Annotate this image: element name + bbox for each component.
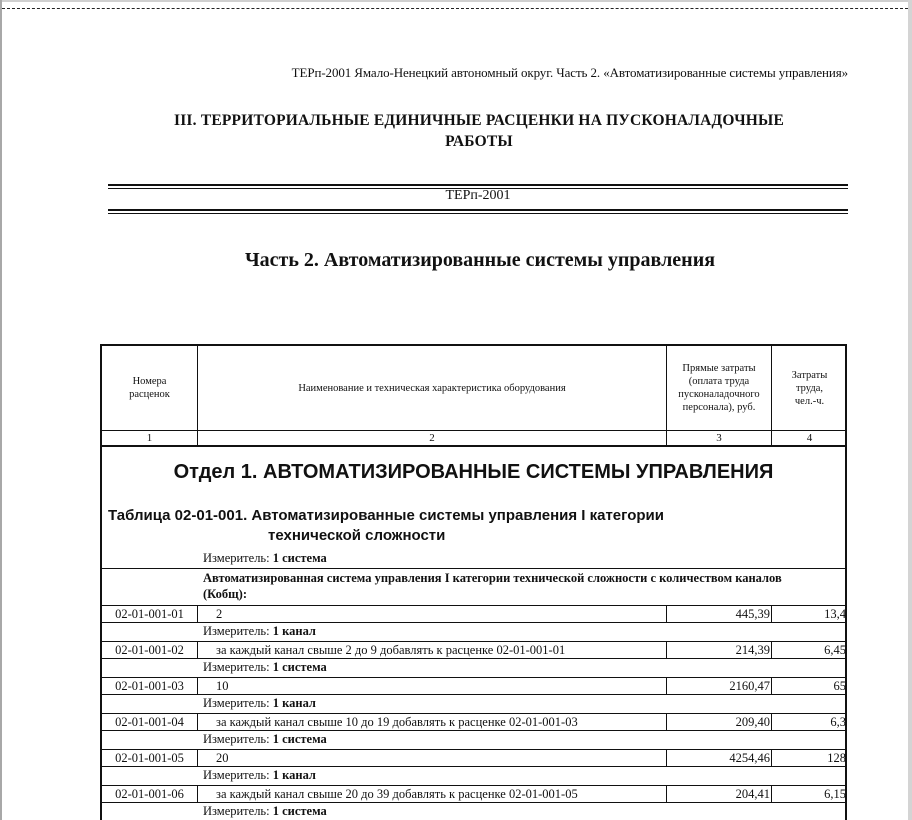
direct-cost: 4254,46 — [666, 750, 771, 766]
measure-unit: 1 канал — [273, 768, 316, 782]
measure-row: Измеритель: 1 канал — [100, 623, 847, 641]
header-rate-number: Номера расценок — [102, 346, 197, 430]
table-title-row: Таблица 02-01-001. Автоматизированные си… — [100, 507, 847, 550]
labor-cost: 128 — [771, 750, 847, 766]
measure-unit: 1 система — [273, 804, 327, 818]
measure-text: Измеритель: 1 система — [203, 660, 327, 675]
measure-row: Измеритель: 1 система — [100, 803, 847, 820]
rate-code: 02-01-001-05 — [102, 750, 197, 766]
table-title-line1: Таблица 02-01-001. Автоматизированные си… — [108, 507, 664, 524]
table-row: 02-01-001-04за каждый канал свыше 10 до … — [100, 713, 847, 731]
rate-code: 02-01-001-06 — [102, 786, 197, 802]
measure-row: Измеритель: 1 канал — [100, 767, 847, 785]
labor-cost: 6,3 — [771, 714, 847, 730]
rates-table: Номера расценок Наименование и техническ… — [100, 344, 847, 820]
group-title-row: Автоматизированная система управления I … — [100, 568, 847, 605]
measure-row: Измеритель: 1 система — [100, 550, 847, 568]
measure-unit: 1 канал — [273, 624, 316, 638]
rate-name: за каждый канал свыше 20 до 39 добавлять… — [197, 786, 666, 802]
section-heading-line1: III. ТЕРРИТОРИАЛЬНЫЕ ЕДИНИЧНЫЕ РАСЦЕНКИ … — [110, 110, 848, 131]
rate-name: 20 — [197, 750, 666, 766]
labor-cost: 6,45 — [771, 642, 847, 658]
department-title: Отдел 1. АВТОМАТИЗИРОВАННЫЕ СИСТЕМЫ УПРА… — [102, 461, 845, 484]
running-title: ТЕРп-2001 Ямало-Ненецкий автономный окру… — [292, 65, 848, 81]
measure-text: Измеритель: 1 канал — [203, 624, 316, 639]
rate-code: 02-01-001-03 — [102, 678, 197, 694]
measure-text: Измеритель: 1 система — [203, 551, 327, 566]
column-numbers-row: 1 2 3 4 — [100, 431, 847, 447]
table-row: 02-01-001-03102160,4765 — [100, 677, 847, 695]
labor-cost: 13,4 — [771, 606, 847, 622]
measure-text: Измеритель: 1 канал — [203, 696, 316, 711]
section-heading: III. ТЕРРИТОРИАЛЬНЫЕ ЕДИНИЧНЫЕ РАСЦЕНКИ … — [110, 110, 848, 152]
part-title: Часть 2. Автоматизированные системы упра… — [110, 249, 850, 272]
rate-code: 02-01-001-01 — [102, 606, 197, 622]
labor-cost: 65 — [771, 678, 847, 694]
measure-row: Измеритель: 1 система — [100, 659, 847, 677]
table-row: 02-01-001-06за каждый канал свыше 20 до … — [100, 785, 847, 803]
rate-name: за каждый канал свыше 2 до 9 добавлять к… — [197, 642, 666, 658]
header-labor-costs: Затраты труда, чел.-ч. — [771, 346, 847, 430]
rate-name: за каждый канал свыше 10 до 19 добавлять… — [197, 714, 666, 730]
table-body: Измеритель: 1 системаАвтоматизированная … — [100, 550, 847, 820]
direct-cost: 209,40 — [666, 714, 771, 730]
measure-text: Измеритель: 1 канал — [203, 768, 316, 783]
column-number: 2 — [197, 431, 666, 445]
department-row: Отдел 1. АВТОМАТИЗИРОВАННЫЕ СИСТЕМЫ УПРА… — [100, 447, 847, 507]
section-heading-line2: РАБОТЫ — [110, 131, 848, 152]
direct-cost: 2160,47 — [666, 678, 771, 694]
double-rule-bottom — [108, 209, 848, 214]
table-title-line2: технической сложности — [268, 527, 445, 544]
table-row: 02-01-001-05204254,46128 — [100, 749, 847, 767]
group-title: Автоматизированная система управления I … — [203, 570, 823, 602]
table-header-row: Номера расценок Наименование и техническ… — [100, 344, 847, 431]
header-name: Наименование и техническая характеристик… — [197, 346, 666, 430]
rate-name: 2 — [197, 606, 666, 622]
measure-unit: 1 канал — [273, 696, 316, 710]
measure-text: Измеритель: 1 система — [203, 732, 327, 747]
column-number: 4 — [771, 431, 847, 445]
measure-unit: 1 система — [273, 732, 327, 746]
table-row: 02-01-001-02за каждый канал свыше 2 до 9… — [100, 641, 847, 659]
rate-code: 02-01-001-02 — [102, 642, 197, 658]
page-break-dashed-line — [2, 8, 908, 9]
table-row: 02-01-001-012445,3913,4 — [100, 605, 847, 623]
window-right-scroll-edge — [908, 0, 912, 820]
window-top-border — [0, 0, 912, 2]
measure-unit: 1 система — [273, 551, 327, 565]
direct-cost: 204,41 — [666, 786, 771, 802]
measure-row: Измеритель: 1 система — [100, 731, 847, 749]
measure-text: Измеритель: 1 система — [203, 804, 327, 819]
direct-cost: 445,39 — [666, 606, 771, 622]
column-number: 3 — [666, 431, 771, 445]
measure-row: Измеритель: 1 канал — [100, 695, 847, 713]
header-direct-costs: Прямые затраты (оплата труда пусконаладо… — [666, 346, 771, 430]
rate-code: 02-01-001-04 — [102, 714, 197, 730]
window-left-border — [0, 0, 2, 820]
measure-unit: 1 система — [273, 660, 327, 674]
labor-cost: 6,15 — [771, 786, 847, 802]
direct-cost: 214,39 — [666, 642, 771, 658]
column-number: 1 — [102, 431, 197, 445]
rate-name: 10 — [197, 678, 666, 694]
code-banner: ТЕРп-2001 — [108, 188, 848, 204]
